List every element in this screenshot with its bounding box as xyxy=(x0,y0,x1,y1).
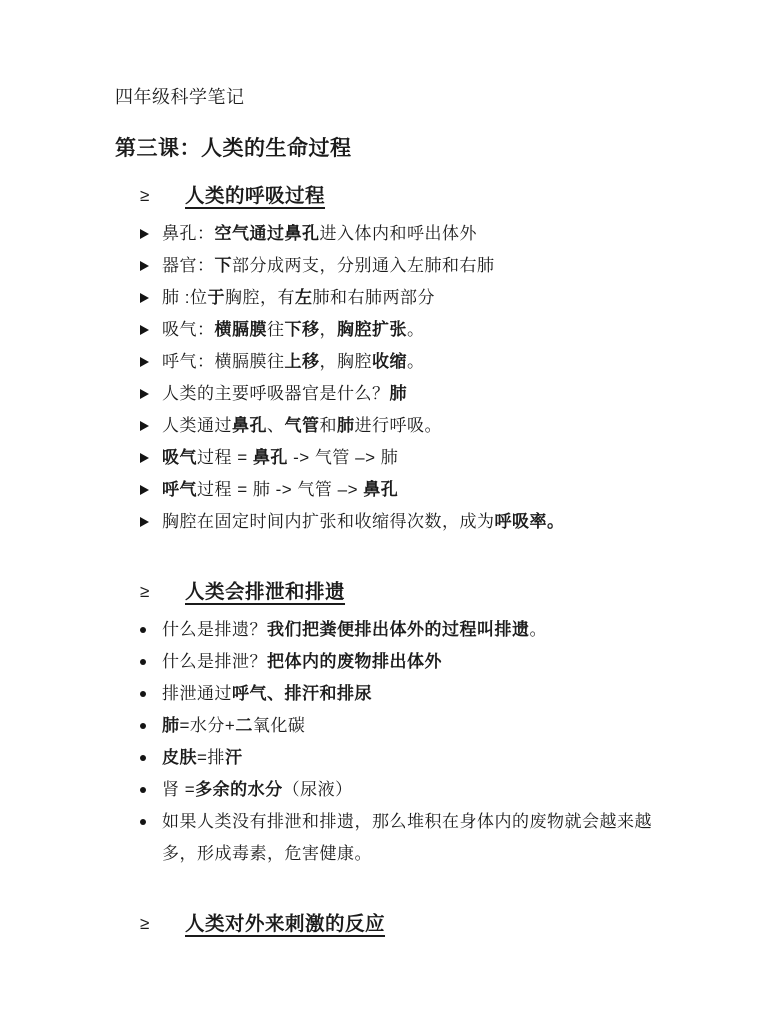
item-text: 人类通过鼻孔、气管和肺进行呼吸。 xyxy=(162,410,442,442)
text-segment: 人类通过 xyxy=(162,416,232,435)
bold-text-segment: 二 xyxy=(235,716,253,735)
section: ≥人类的呼吸过程鼻孔：空气通过鼻孔进入体内和呼出体外器官：下部分成两支，分别通入… xyxy=(115,182,672,538)
item-text: 肺=水分+二氧化碳 xyxy=(162,710,305,742)
dot-bullet-icon xyxy=(140,614,162,633)
bold-text-segment: 肺 xyxy=(390,384,408,403)
bold-text-segment: 汗 xyxy=(225,748,243,767)
item-text: 排泄通过呼气、排汗和排尿 xyxy=(162,678,372,710)
text-segment: 人类的主要呼吸器官是什么？ xyxy=(162,384,390,403)
item-text: 如果人类没有排泄和排遗，那么堆积在身体内的废物就会越来越多，形成毒素，危害健康。 xyxy=(162,806,658,870)
list-item: 吸气过程 = 鼻孔 -> 气管 –> 肺 xyxy=(115,442,672,474)
bold-text-segment: 鼻孔 xyxy=(232,416,267,435)
section: ≥人类会排泄和排遗什么是排遗？我们把粪便排出体外的过程叫排遗。什么是排泄？把体内… xyxy=(115,578,672,870)
list-item: 肺 :位于胸腔，有左肺和右肺两部分 xyxy=(115,282,672,314)
item-text: 吸气过程 = 鼻孔 -> 气管 –> 肺 xyxy=(162,442,398,474)
dot-bullet-icon xyxy=(140,646,162,665)
text-segment: 。 xyxy=(407,352,425,371)
arrow-bullet-icon xyxy=(140,250,162,271)
item-text: 什么是排遗？我们把粪便排出体外的过程叫排遗。 xyxy=(162,614,547,646)
item-text: 呼气：横膈膜往上移，胸腔收缩。 xyxy=(162,346,425,378)
text-segment: 胸腔在固定时间内扩张和收缩得次数，成为 xyxy=(162,512,495,531)
bold-text-segment: 气管 xyxy=(285,416,320,435)
bold-text-segment: 于 xyxy=(207,288,225,307)
list-item: 如果人类没有排泄和排遗，那么堆积在身体内的废物就会越来越多，形成毒素，危害健康。 xyxy=(115,806,672,870)
text-segment: ， xyxy=(320,320,338,339)
bold-text-segment: 呼气、排汗和排尿 xyxy=(232,684,372,703)
bold-text-segment: 呼气 xyxy=(162,480,197,499)
item-text: 什么是排泄？把体内的废物排出体外 xyxy=(162,646,442,678)
text-segment: -> 气管 –> 肺 xyxy=(288,448,398,467)
text-segment: 进行呼吸。 xyxy=(355,416,443,435)
arrow-bullet-icon xyxy=(140,314,162,335)
text-segment: 。 xyxy=(407,320,425,339)
section: ≥人类对外来刺激的反应 xyxy=(115,910,672,938)
greater-equal-bullet-icon: ≥ xyxy=(140,182,178,210)
bold-text-segment: 下 xyxy=(215,256,233,275)
bold-text-segment: 把体内的废物排出体外 xyxy=(267,652,442,671)
bold-text-segment: 鼻孔 xyxy=(253,448,288,467)
text-segment: 过程 = xyxy=(197,448,253,467)
list-item: 鼻孔：空气通过鼻孔进入体内和呼出体外 xyxy=(115,218,672,250)
bold-text-segment: 我们把粪便排出体外的过程叫排遗 xyxy=(267,620,530,639)
item-text: 器官：下部分成两支，分别通入左肺和右肺 xyxy=(162,250,495,282)
item-text: 肺 :位于胸腔，有左肺和右肺两部分 xyxy=(162,282,435,314)
greater-equal-bullet-icon: ≥ xyxy=(140,910,178,938)
dot-bullet-icon xyxy=(140,678,162,697)
text-segment: 肾 = xyxy=(162,780,195,799)
section-header: ≥人类对外来刺激的反应 xyxy=(115,910,672,938)
text-segment: 。 xyxy=(530,620,548,639)
text-segment: 部分成两支，分别通入左肺和右肺 xyxy=(232,256,495,275)
arrow-bullet-icon xyxy=(140,506,162,527)
dot-bullet-icon xyxy=(140,774,162,793)
list-item: 呼气过程 = 肺 -> 气管 –> 鼻孔 xyxy=(115,474,672,506)
sections-container: ≥人类的呼吸过程鼻孔：空气通过鼻孔进入体内和呼出体外器官：下部分成两支，分别通入… xyxy=(115,182,672,938)
text-segment: =排 xyxy=(197,748,225,767)
section-header-text: 人类对外来刺激的反应 xyxy=(178,910,389,938)
bold-text-segment: 肺 xyxy=(337,416,355,435)
list-item: 呼气：横膈膜往上移，胸腔收缩。 xyxy=(115,346,672,378)
list-item: 胸腔在固定时间内扩张和收缩得次数，成为呼吸率。 xyxy=(115,506,672,538)
text-segment: ，胸腔 xyxy=(320,352,373,371)
bold-text-segment: 皮肤 xyxy=(162,748,197,767)
list-item: 什么是排泄？把体内的废物排出体外 xyxy=(115,646,672,678)
bold-text-segment: 上移 xyxy=(285,352,320,371)
bold-text-segment: 空气通过鼻孔 xyxy=(215,224,320,243)
text-segment: 进入体内和呼出体外 xyxy=(320,224,478,243)
bold-text-segment: 左 xyxy=(295,288,313,307)
text-segment: 肺 :位 xyxy=(162,288,207,307)
section-header-text: 人类的呼吸过程 xyxy=(178,182,329,210)
text-segment: 器官： xyxy=(162,256,215,275)
text-segment: =水分+ xyxy=(180,716,236,735)
bold-text-segment: 吸气 xyxy=(162,448,197,467)
list-item: 人类的主要呼吸器官是什么？肺 xyxy=(115,378,672,410)
dot-bullet-icon xyxy=(140,742,162,761)
arrow-bullet-icon xyxy=(140,346,162,367)
greater-equal-bullet-icon: ≥ xyxy=(140,578,178,606)
text-segment: 氧化碳 xyxy=(253,716,306,735)
document-page: 四年级科学笔记 第三课：人类的生命过程 ≥人类的呼吸过程鼻孔：空气通过鼻孔进入体… xyxy=(0,0,768,1024)
list-item: 皮肤=排汗 xyxy=(115,742,672,774)
section-header: ≥人类会排泄和排遗 xyxy=(115,578,672,606)
section-header-text: 人类会排泄和排遗 xyxy=(178,578,349,606)
item-text: 呼气过程 = 肺 -> 气管 –> 鼻孔 xyxy=(162,474,398,506)
item-text: 人类的主要呼吸器官是什么？肺 xyxy=(162,378,407,410)
item-text: 皮肤=排汗 xyxy=(162,742,242,774)
text-segment: （尿液） xyxy=(283,780,353,799)
arrow-bullet-icon xyxy=(140,378,162,399)
text-segment: 呼气：横膈膜往 xyxy=(162,352,285,371)
bold-text-segment: 肺 xyxy=(162,716,180,735)
list-item: 人类通过鼻孔、气管和肺进行呼吸。 xyxy=(115,410,672,442)
item-text: 肾 =多余的水分（尿液） xyxy=(162,774,353,806)
text-segment: 如果人类没有排泄和排遗，那么堆积在身体内的废物就会越来越多，形成毒素，危害健康。 xyxy=(162,812,652,863)
bold-text-segment: 胸腔扩张 xyxy=(337,320,407,339)
text-segment: 吸气： xyxy=(162,320,215,339)
list-item: 什么是排遗？我们把粪便排出体外的过程叫排遗。 xyxy=(115,614,672,646)
item-text: 吸气：横膈膜往下移，胸腔扩张。 xyxy=(162,314,425,346)
list-item: 排泄通过呼气、排汗和排尿 xyxy=(115,678,672,710)
arrow-bullet-icon xyxy=(140,218,162,239)
arrow-bullet-icon xyxy=(140,282,162,303)
doc-title: 四年级科学笔记 xyxy=(115,84,672,110)
text-segment: 什么是排泄？ xyxy=(162,652,267,671)
section-header: ≥人类的呼吸过程 xyxy=(115,182,672,210)
arrow-bullet-icon xyxy=(140,410,162,431)
text-segment: 排泄通过 xyxy=(162,684,232,703)
bold-text-segment: 鼻孔 xyxy=(363,480,398,499)
list-item: 肺=水分+二氧化碳 xyxy=(115,710,672,742)
item-text: 胸腔在固定时间内扩张和收缩得次数，成为呼吸率。 xyxy=(162,506,565,538)
bold-text-segment: 多余的水分 xyxy=(195,780,283,799)
text-segment: 、 xyxy=(267,416,285,435)
dot-bullet-icon xyxy=(140,806,162,825)
text-segment: 胸腔，有 xyxy=(225,288,295,307)
text-segment: 过程 = 肺 -> 气管 –> xyxy=(197,480,363,499)
list-item: 器官：下部分成两支，分别通入左肺和右肺 xyxy=(115,250,672,282)
bold-text-segment: 横膈膜 xyxy=(215,320,268,339)
list-item: 肾 =多余的水分（尿液） xyxy=(115,774,672,806)
text-segment: 往 xyxy=(267,320,285,339)
text-segment: 什么是排遗？ xyxy=(162,620,267,639)
list-item: 吸气：横膈膜往下移，胸腔扩张。 xyxy=(115,314,672,346)
arrow-bullet-icon xyxy=(140,442,162,463)
bold-text-segment: 下移 xyxy=(285,320,320,339)
arrow-bullet-icon xyxy=(140,474,162,495)
bold-text-segment: 收缩 xyxy=(372,352,407,371)
dot-bullet-icon xyxy=(140,710,162,729)
lesson-title: 第三课：人类的生命过程 xyxy=(115,134,672,164)
item-text: 鼻孔：空气通过鼻孔进入体内和呼出体外 xyxy=(162,218,477,250)
bold-text-segment: 呼吸率。 xyxy=(495,512,565,531)
text-segment: 鼻孔： xyxy=(162,224,215,243)
text-segment: 和 xyxy=(320,416,338,435)
text-segment: 肺和右肺两部分 xyxy=(312,288,435,307)
